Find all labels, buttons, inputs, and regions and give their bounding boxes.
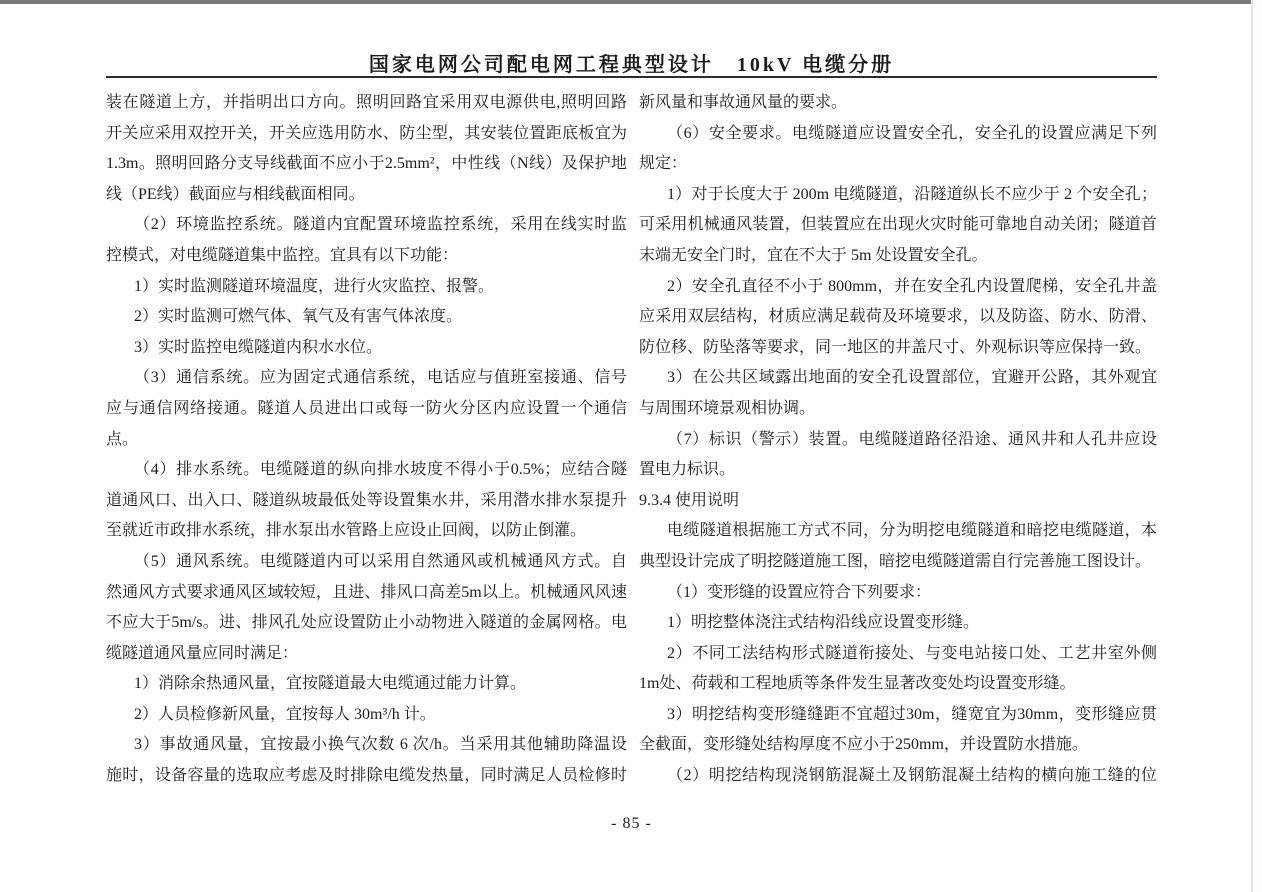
text-line: 1）实时监测隧道环境温度，进行火灾监控、报警。 <box>106 272 627 303</box>
text-line: 2）安全孔直径不小于 800mm，并在安全孔内设置爬梯，安全孔井盖 <box>639 272 1157 303</box>
text-line: 装在隧道上方，并指明出口方向。照明回路宜采用双电源供电,照明回路 <box>106 88 627 119</box>
text-line: 1）明挖整体浇注式结构沿线应设置变形缝。 <box>639 608 1157 639</box>
text-line: 应采用双层结构，材质应满足载荷及环境要求，以及防盗、防水、防滑、 <box>639 302 1157 333</box>
text-line: 电缆隧道根据施工方式不同，分为明挖电缆隧道和暗挖电缆隧道，本 <box>639 516 1157 547</box>
page-number: - 85 - <box>106 815 1157 833</box>
text-line: 线（PE线）截面应与相线截面相同。 <box>106 180 627 211</box>
text-line: 3）事故通风量，宜按最小换气次数 6 次/h。当采用其他辅助降温设 <box>106 730 627 761</box>
text-line: 1m处、荷载和工程地质等条件发生显著改变处均设置变形缝。 <box>639 669 1157 700</box>
text-line: 缆隧道通风量应同时满足： <box>106 639 627 670</box>
text-line: 至就近市政排水系统，排水泵出水管路上应设止回阀，以防止倒灌。 <box>106 516 627 547</box>
text-column-right: 新风量和事故通风量的要求。（6）安全要求。电缆隧道应设置安全孔，安全孔的设置应满… <box>639 88 1157 792</box>
text-line: （7）标识（警示）装置。电缆隧道路径沿途、通风井和人孔井应设 <box>639 425 1157 456</box>
text-line: 新风量和事故通风量的要求。 <box>639 88 1157 119</box>
text-line: （2）明挖结构现浇钢筋混凝土及钢筋混凝土结构的横向施工缝的位 <box>639 761 1157 792</box>
text-line: 1.3m。照明回路分支导线截面不应小于2.5mm²，中性线（N线）及保护地 <box>106 149 627 180</box>
text-line: （4）排水系统。电缆隧道的纵向排水坡度不得小于0.5%；应结合隧 <box>106 455 627 486</box>
text-line: 典型设计完成了明挖隧道施工图，暗挖电缆隧道需自行完善施工图设计。 <box>639 547 1157 578</box>
text-line: 3）明挖结构变形缝缝距不宜超过30m，缝宽宜为30mm，变形缝应贯通 <box>639 700 1157 731</box>
scan-edge-top <box>0 0 1253 4</box>
text-line: 3）在公共区域露出地面的安全孔设置部位，宜避开公路，其外观宜 <box>639 363 1157 394</box>
text-line: 施时，设备容量的选取应考虑及时排除电缆发热量，同时满足人员检修时 <box>106 761 627 792</box>
text-line: （2）环境监控系统。隧道内宜配置环境监控系统，采用在线实时监 <box>106 210 627 241</box>
text-line: （5）通风系统。电缆隧道内可以采用自然通风或机械通风方式。自 <box>106 547 627 578</box>
text-line: 置电力标识。 <box>639 455 1157 486</box>
page-header-title: 国家电网公司配电网工程典型设计 10kV 电缆分册 <box>106 48 1157 77</box>
text-line: （1）变形缝的设置应符合下列要求： <box>639 578 1157 609</box>
text-line: 2）实时监测可燃气体、氧气及有害气体浓度。 <box>106 302 627 333</box>
text-line: 点。 <box>106 425 627 456</box>
scan-edge-right <box>1251 0 1253 892</box>
text-line: 2）人员检修新风量，宜按每人 30m³/h 计。 <box>106 700 627 731</box>
text-line: 末端无安全门时，宜在不大于 5m 处设置安全孔。 <box>639 241 1157 272</box>
text-line: 9.3.4 使用说明 <box>639 486 1157 517</box>
text-line: 与周围环境景观相协调。 <box>639 394 1157 425</box>
text-line: 应与通信网络接通。隧道人员进出口或每一防火分区内应设置一个通信 <box>106 394 627 425</box>
text-line: 道通风口、出入口、隧道纵坡最低处等设置集水井，采用潜水排水泵提升 <box>106 486 627 517</box>
header-rule <box>106 76 1157 78</box>
text-line: 然通风方式要求通风区域较短，且进、排风口高差5m以上。机械通风风速 <box>106 578 627 609</box>
text-line: 开关应采用双控开关，开关应选用防水、防尘型，其安装位置距底板宜为 <box>106 119 627 150</box>
text-line: （6）安全要求。电缆隧道应设置安全孔，安全孔的设置应满足下列 <box>639 119 1157 150</box>
text-line: 2）不同工法结构形式隧道衔接处、与变电站接口处、工艺井室外侧 <box>639 639 1157 670</box>
text-column-left: 装在隧道上方，并指明出口方向。照明回路宜采用双电源供电,照明回路开关应采用双控开… <box>106 88 627 792</box>
text-line: 不应大于5m/s。进、排风孔处应设置防止小动物进入隧道的金属网格。电 <box>106 608 627 639</box>
text-line: 1）消除余热通风量，宜按隧道最大电缆通过能力计算。 <box>106 669 627 700</box>
text-line: 全截面，变形缝处结构厚度不应小于250mm，并设置防水措施。 <box>639 730 1157 761</box>
text-line: 可采用机械通风装置，但装置应在出现火灾时能可靠地自动关闭；隧道首 <box>639 210 1157 241</box>
text-line: 防位移、防坠落等要求，同一地区的井盖尺寸、外观标识等应保持一致。 <box>639 333 1157 364</box>
text-line: 规定： <box>639 149 1157 180</box>
text-line: 1）对于长度大于 200m 电缆隧道，沿隧道纵长不应少于 2 个安全孔； <box>639 180 1157 211</box>
text-line: 3）实时监控电缆隧道内积水水位。 <box>106 333 627 364</box>
text-line: （3）通信系统。应为固定式通信系统，电话应与值班室接通、信号 <box>106 363 627 394</box>
text-line: 控模式，对电缆隧道集中监控。宜具有以下功能： <box>106 241 627 272</box>
